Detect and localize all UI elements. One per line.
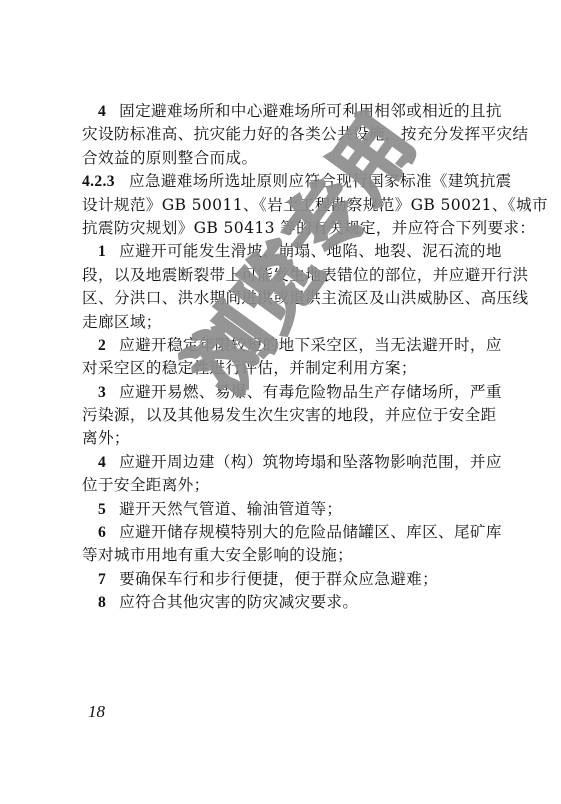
body-text: 4固定避难场所和中心避难场所可利用相邻或相近的且抗 灾设防标准高、抗灾能力好的各… <box>82 100 486 615</box>
clause-number: 4.2.3 <box>82 170 115 193</box>
line-text: 抗震防灾规划》GB 50413 等的有关规定，并应符合下列要求： <box>82 219 535 237</box>
text-line: 离外； <box>82 427 486 450</box>
item-number: 4 <box>98 451 106 474</box>
text-line: 抗震防灾规划》GB 50413 等的有关规定，并应符合下列要求： <box>82 217 486 240</box>
text-line: 灾设防标准高、抗灾能力好的各类公共设施，按充分发挥平灾结 <box>82 123 486 146</box>
page-number: 18 <box>88 702 105 722</box>
line-text: 走廊区域； <box>82 313 162 331</box>
item-line: 4应避开周边建（构）筑物垮塌和坠落物影响范围，并应 <box>82 451 486 474</box>
line-text: 应避开储存规模特别大的危险品储罐区、库区、尾矿库 <box>119 523 502 541</box>
line-text: 应避开可能发生滑坡、崩塌、地陷、地裂、泥石流的地 <box>119 242 502 260</box>
item-line: 5避开天然气管道、输油管道等； <box>82 498 486 521</box>
item-line: 6应避开储存规模特别大的危险品储罐区、库区、尾矿库 <box>82 521 486 544</box>
text-line: 走廊区域； <box>82 311 486 334</box>
text-line: 污染源，以及其他易发生次生灾害的地段，并应位于安全距 <box>82 404 486 427</box>
text-line: 对采空区的稳定性进行评估，并制定利用方案； <box>82 357 486 380</box>
line-text: 应避开周边建（构）筑物垮塌和坠落物影响范围，并应 <box>119 453 502 471</box>
line-text: 应避开稳定年限较短的地下采空区，当无法避开时，应 <box>119 336 502 354</box>
line-text: 段，以及地震断裂带上可能发生地表错位的部位，并应避开行洪 <box>82 266 528 284</box>
text-line: 区、分洪口、洪水期间进洪或退洪主流区及山洪威胁区、高压线 <box>82 287 486 310</box>
line-text: 要确保车行和步行便捷，便于群众应急避难； <box>119 570 438 588</box>
document-page: 4固定避难场所和中心避难场所可利用相邻或相近的且抗 灾设防标准高、抗灾能力好的各… <box>0 0 561 804</box>
line-text: 应急避难场所选址原则应符合现行国家标准《建筑抗震 <box>129 172 512 190</box>
item-number: 8 <box>98 591 106 614</box>
line-text: 离外； <box>82 429 130 447</box>
line-text: 对采空区的稳定性进行评估，并制定利用方案； <box>82 359 417 377</box>
line-text: 灾设防标准高、抗灾能力好的各类公共设施，按充分发挥平灾结 <box>82 125 528 143</box>
line-text: 等对城市用地有重大安全影响的设施； <box>82 546 353 564</box>
item-line: 3应避开易燃、易爆、有毒危险物品生产存储场所，严重 <box>82 381 486 404</box>
item-line: 7要确保车行和步行便捷，便于群众应急避难； <box>82 568 486 591</box>
item-line: 2应避开稳定年限较短的地下采空区，当无法避开时，应 <box>82 334 486 357</box>
item-number: 1 <box>98 240 106 263</box>
line-text: 合效益的原则整合而成。 <box>82 149 257 167</box>
line-text: 应符合其他灾害的防灾减灾要求。 <box>119 593 358 611</box>
item-line: 1应避开可能发生滑坡、崩塌、地陷、地裂、泥石流的地 <box>82 240 486 263</box>
item-number: 4 <box>98 100 106 123</box>
line-text: 设计规范》GB 50011、《岩土工程勘察规范》GB 50021、《城市 <box>82 196 548 214</box>
text-line: 合效益的原则整合而成。 <box>82 147 486 170</box>
line-text: 区、分洪口、洪水期间进洪或退洪主流区及山洪威胁区、高压线 <box>82 289 528 307</box>
item-number: 2 <box>98 334 106 357</box>
clause-line: 4.2.3应急避难场所选址原则应符合现行国家标准《建筑抗震 <box>82 170 486 193</box>
line-text: 固定避难场所和中心避难场所可利用相邻或相近的且抗 <box>119 102 502 120</box>
line-text: 污染源，以及其他易发生次生灾害的地段，并应位于安全距 <box>82 406 497 424</box>
line-text: 位于安全距离外； <box>82 476 210 494</box>
item-number: 7 <box>98 568 106 591</box>
text-line: 设计规范》GB 50011、《岩土工程勘察规范》GB 50021、《城市 <box>82 194 486 217</box>
line-text: 应避开易燃、易爆、有毒危险物品生产存储场所，严重 <box>119 383 502 401</box>
item-number: 5 <box>98 498 106 521</box>
item-number: 6 <box>98 521 106 544</box>
item-line: 8应符合其他灾害的防灾减灾要求。 <box>82 591 486 614</box>
text-line: 段，以及地震断裂带上可能发生地表错位的部位，并应避开行洪 <box>82 264 486 287</box>
line-text: 避开天然气管道、输油管道等； <box>119 500 342 518</box>
text-line: 位于安全距离外； <box>82 474 486 497</box>
item-number: 3 <box>98 381 106 404</box>
text-line: 等对城市用地有重大安全影响的设施； <box>82 544 486 567</box>
item-line: 4固定避难场所和中心避难场所可利用相邻或相近的且抗 <box>82 100 486 123</box>
